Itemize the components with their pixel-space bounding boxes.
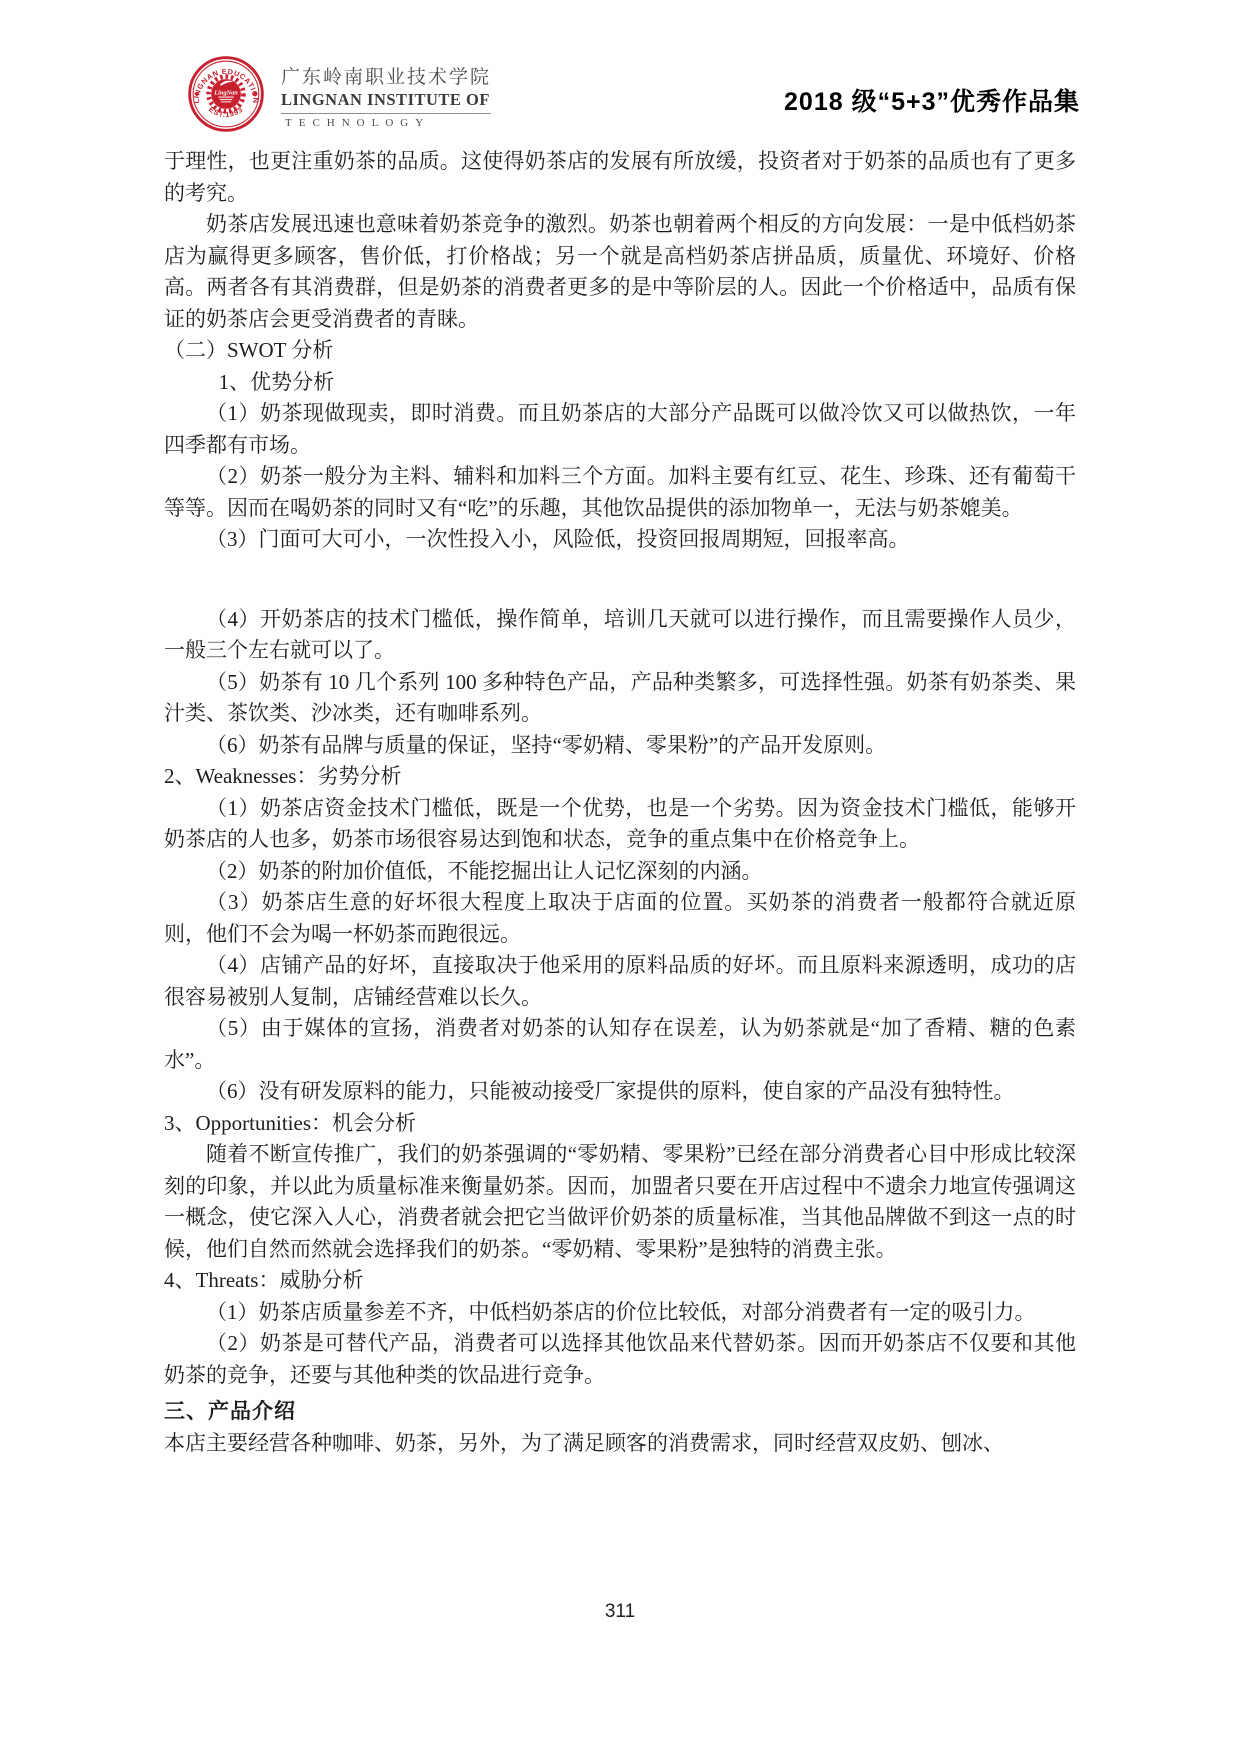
blank-line [164, 556, 1076, 604]
body-paragraph: 本店主要经营各种咖啡、奶茶，另外，为了满足顾客的消费需求，同时经营双皮奶、刨冰、 [164, 1428, 1076, 1460]
body-paragraph: （1）奶茶现做现卖，即时消费。而且奶茶店的大部分产品既可以做冷饮又可以做热饮，一… [164, 398, 1076, 461]
subsection-heading-weaknesses: 2、Weaknesses：劣势分析 [164, 761, 1076, 793]
body-paragraph: （6）奶茶有品牌与质量的保证，坚持“零奶精、零果粉”的产品开发原则。 [164, 730, 1076, 762]
body-paragraph: （2）奶茶一般分为主料、辅料和加料三个方面。加料主要有红豆、花生、珍珠、还有葡萄… [164, 461, 1076, 524]
subsection-heading-threats: 4、Threats：威胁分析 [164, 1265, 1076, 1297]
body-paragraph: 于理性，也更注重奶茶的品质。这使得奶茶店的发展有所放缓，投资者对于奶茶的品质也有… [164, 146, 1076, 209]
header-collection-title: 2018 级“5+3”优秀作品集 [784, 82, 1080, 118]
document-body: 于理性，也更注重奶茶的品质。这使得奶茶店的发展有所放缓，投资者对于奶茶的品质也有… [164, 146, 1076, 1459]
body-paragraph: （5）由于媒体的宣扬，消费者对奶茶的认知存在误差，认为奶茶就是“加了香精、糖的色… [164, 1013, 1076, 1076]
seal-center-text: LingNan [213, 90, 238, 97]
institute-seal-icon: LingNan LINGNAN EDUCATION EST.1993 [186, 54, 266, 134]
page-number: 311 [605, 1601, 635, 1622]
subsection-heading-strengths: 1、优势分析 [164, 367, 1076, 399]
subsection-heading-swot: （二）SWOT 分析 [164, 335, 1076, 367]
institute-name-en-line1: LINGNAN INSTITUTE OF [281, 91, 491, 114]
page-header: LingNan LINGNAN EDUCATION EST.1993 [0, 0, 1240, 140]
institute-logo-group: LingNan LINGNAN EDUCATION EST.1993 [186, 54, 491, 134]
body-paragraph: （2）奶茶是可替代产品，消费者可以选择其他饮品来代替奶茶。因而开奶茶店不仅要和其… [164, 1328, 1076, 1391]
body-paragraph: （2）奶茶的附加价值低，不能挖掘出让人记忆深刻的内涵。 [164, 856, 1076, 888]
body-paragraph: （3）门面可大可小，一次性投入小，风险低，投资回报周期短，回报率高。 [164, 524, 1076, 556]
body-paragraph: （6）没有研发原料的能力，只能被动接受厂家提供的原料，使自家的产品没有独特性。 [164, 1076, 1076, 1108]
body-paragraph: （1）奶茶店质量参差不齐，中低档奶茶店的价位比较低，对部分消费者有一定的吸引力。 [164, 1297, 1076, 1329]
body-paragraph: （4）店铺产品的好坏，直接取决于他采用的原料品质的好坏。而且原料来源透明，成功的… [164, 950, 1076, 1013]
institute-name-en-line2: TECHNOLOGY [281, 117, 491, 129]
body-paragraph: 奶茶店发展迅速也意味着奶茶竞争的激烈。奶茶也朝着两个相反的方向发展：一是中低档奶… [164, 209, 1076, 335]
body-paragraph: （3）奶茶店生意的好坏很大程度上取决于店面的位置。买奶茶的消费者一般都符合就近原… [164, 887, 1076, 950]
subsection-heading-opportunities: 3、Opportunities：机会分析 [164, 1108, 1076, 1140]
institute-name-block: 广东岭南职业技术学院 LINGNAN INSTITUTE OF TECHNOLO… [281, 68, 491, 129]
section-heading-products: 三、产品介绍 [164, 1396, 1076, 1428]
body-paragraph: 随着不断宣传推广，我们的奶茶强调的“零奶精、零果粉”已经在部分消费者心目中形成比… [164, 1139, 1076, 1265]
body-paragraph: （4）开奶茶店的技术门槛低，操作简单，培训几天就可以进行操作，而且需要操作人员少… [164, 604, 1076, 667]
body-paragraph: （1）奶茶店资金技术门槛低，既是一个优势，也是一个劣势。因为资金技术门槛低，能够… [164, 793, 1076, 856]
body-paragraph: （5）奶茶有 10 几个系列 100 多种特色产品，产品种类繁多，可选择性强。奶… [164, 667, 1076, 730]
institute-name-cn: 广东岭南职业技术学院 [281, 68, 491, 89]
page-footer: 311 [0, 1601, 1240, 1623]
document-page: LingNan LINGNAN EDUCATION EST.1993 [0, 0, 1240, 1753]
